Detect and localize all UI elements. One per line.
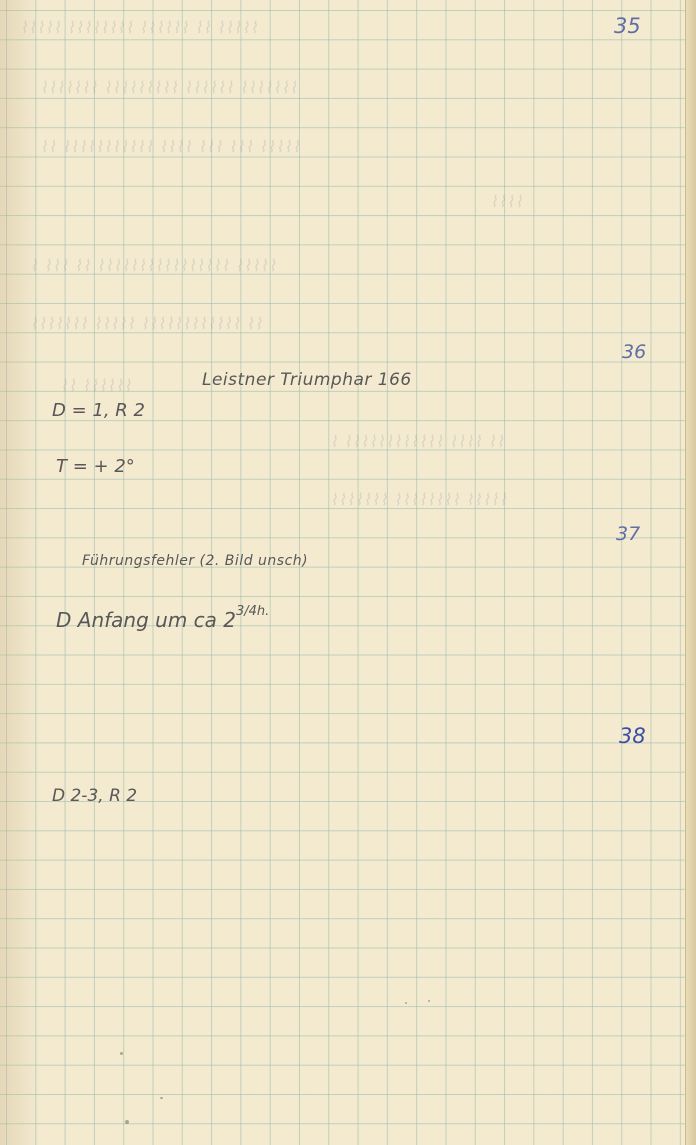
paper-speck bbox=[428, 1000, 430, 1002]
notebook-page: ⌇⌇⌇⌇⌇ ⌇⌇⌇⌇⌇⌇⌇⌇ ⌇⌇⌇⌇⌇⌇ ⌇⌇ ⌇⌇⌇⌇⌇ ⌇⌇⌇⌇⌇⌇⌇ ⌇… bbox=[0, 0, 696, 1145]
paper-speck bbox=[405, 1002, 407, 1004]
show-through-line: ⌇⌇⌇⌇⌇⌇⌇ ⌇⌇⌇⌇⌇⌇⌇⌇⌇ ⌇⌇⌇⌇⌇⌇ ⌇⌇⌇⌇⌇⌇⌇ bbox=[40, 78, 298, 97]
show-through-line: ⌇⌇⌇⌇⌇⌇⌇ ⌇⌇⌇⌇⌇⌇⌇⌇ ⌇⌇⌇⌇⌇ bbox=[330, 490, 507, 509]
paper-speck bbox=[125, 1120, 129, 1124]
entry-line: D 2-3, R 2 bbox=[52, 786, 137, 806]
start-suffix: h. bbox=[257, 604, 269, 619]
show-through-line: ⌇⌇ ⌇⌇⌇⌇⌇⌇⌇⌇⌇⌇⌇ ⌇⌇⌇⌇ ⌇⌇⌇ ⌇⌇⌇ ⌇⌇⌇⌇⌇ bbox=[40, 137, 301, 156]
show-through-line: ⌇⌇⌇⌇⌇⌇⌇ ⌇⌇⌇⌇⌇ ⌇⌇⌇⌇⌇⌇⌇⌇⌇⌇⌇⌇ ⌇⌇ bbox=[30, 314, 263, 333]
entry-line: T = + 2° bbox=[56, 456, 135, 477]
entry-line: Führungsfehler (2. Bild unsch) bbox=[82, 553, 308, 569]
entry-heading: Leistner Triumphar 166 bbox=[202, 370, 412, 390]
show-through-line: ⌇⌇⌇⌇ bbox=[490, 192, 523, 211]
paper-speck bbox=[120, 1052, 123, 1055]
page-edge bbox=[685, 0, 696, 1145]
page-number: 36 bbox=[622, 341, 646, 363]
start-prefix: D Anfang um ca 2 bbox=[56, 608, 236, 632]
entry-start-note: D Anfang um ca 23/4h. bbox=[56, 604, 269, 632]
show-through-line: ⌇⌇ ⌇⌇⌇⌇⌇⌇ bbox=[60, 376, 132, 395]
page-number: 37 bbox=[616, 523, 640, 545]
page-number: 38 bbox=[619, 724, 646, 748]
show-through-line: ⌇ ⌇⌇⌇ ⌇⌇ ⌇⌇⌇⌇⌇⌇⌇⌇⌇⌇⌇⌇⌇⌇⌇⌇ ⌇⌇⌇⌇⌇ bbox=[30, 256, 277, 275]
show-through-line: ⌇ ⌇⌇⌇⌇⌇⌇⌇⌇⌇⌇⌇⌇ ⌇⌇⌇⌇ ⌇⌇ bbox=[330, 432, 505, 451]
entry-line: D = 1, R 2 bbox=[52, 400, 145, 421]
show-through-line: ⌇⌇⌇⌇⌇ ⌇⌇⌇⌇⌇⌇⌇⌇ ⌇⌇⌇⌇⌇⌇ ⌇⌇ ⌇⌇⌇⌇⌇ bbox=[20, 18, 600, 37]
paper-speck bbox=[160, 1097, 163, 1099]
page-number: 35 bbox=[614, 14, 641, 38]
start-fraction: 3/4 bbox=[236, 604, 257, 619]
